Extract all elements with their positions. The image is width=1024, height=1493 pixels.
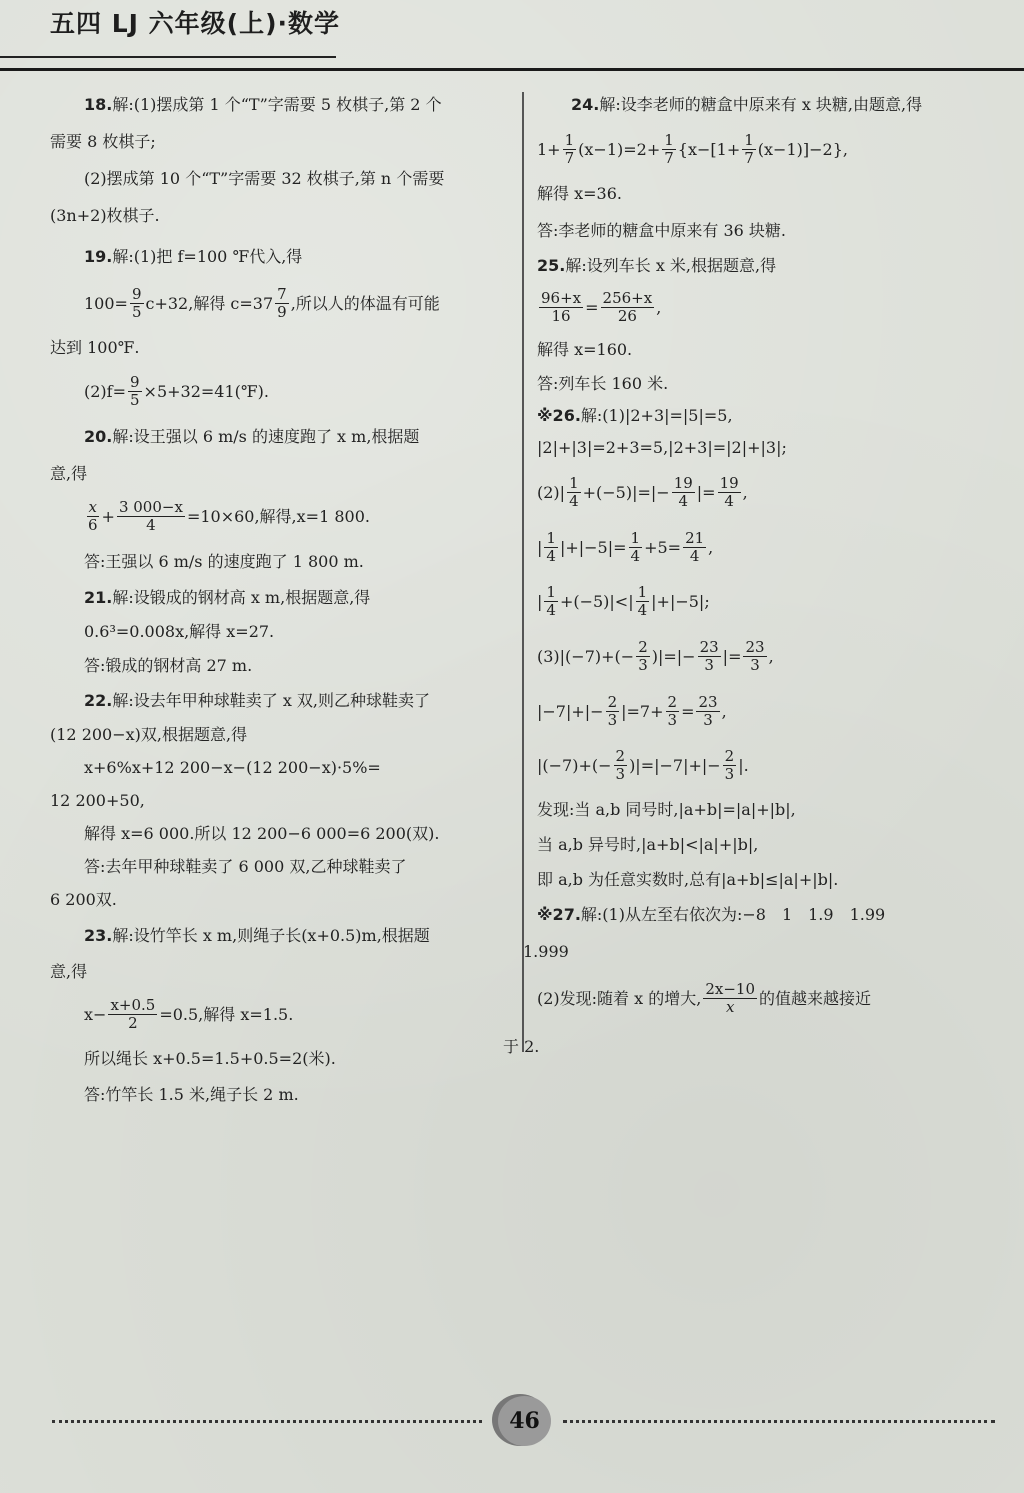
numerator: 2 <box>666 694 680 712</box>
text-line: 解得 x=36. <box>537 184 622 203</box>
numerator: 9 <box>130 286 144 304</box>
denominator: 3 <box>666 712 680 729</box>
numerator: 7 <box>275 286 289 304</box>
text-line: (12 200−x)双,根据题意,得 <box>50 725 247 744</box>
footer-dotted-rule-right <box>563 1420 995 1423</box>
page-number-badge: 46 <box>498 1396 551 1446</box>
text-line: 12 200+50, <box>50 791 145 810</box>
equation-part: |+|−5|; <box>651 592 710 611</box>
denominator: 4 <box>544 548 558 565</box>
answer-line: 答:锻成的钢材高 27 m. <box>84 656 252 675</box>
fraction: 95 <box>130 286 144 321</box>
question-number: 24. <box>571 95 599 114</box>
text-line: 解:设李老师的糖盒中原来有 x 块糖,由题意,得 <box>599 95 922 114</box>
text-line: |2|+|3|=2+3=5,|2+3|=|2|+|3|; <box>537 438 787 457</box>
question-number: 23. <box>84 926 112 945</box>
page-number: 46 <box>509 1408 540 1434</box>
fraction: 214 <box>683 530 706 565</box>
denominator: 4 <box>636 602 650 619</box>
answer-line: 答:李老师的糖盒中原来有 36 块糖. <box>537 221 786 240</box>
fraction: 23 <box>723 748 737 783</box>
fraction: 95 <box>128 374 142 409</box>
denominator: 3 <box>701 712 715 729</box>
numerator: 2x−10 <box>703 981 757 999</box>
denominator: 3 <box>723 766 737 783</box>
text-line: x+6%x+12 200−x−(12 200−x)·5%= <box>84 758 381 777</box>
denominator: 7 <box>563 150 577 167</box>
finding-line: 当 a,b 异号时,|a+b|<|a|+|b|, <box>537 835 758 854</box>
question-27: ※27.解:(1)从左至右依次为:−8 1 1.9 1.99 1.999 (2)… <box>537 897 999 1066</box>
numerator: 19 <box>718 475 741 493</box>
denominator: 7 <box>662 150 676 167</box>
equation-part: , <box>769 647 774 666</box>
equation-part: (3)|(−7)+(− <box>537 647 634 666</box>
answer-line: 答:列车长 160 米. <box>537 374 668 393</box>
finding-line: 即 a,b 为任意实数时,总有|a+b|≤|a|+|b|. <box>537 870 838 889</box>
equation-part: c+32,解得 c=37 <box>146 294 274 313</box>
fraction: 194 <box>672 475 695 510</box>
equation-part: | <box>537 592 542 611</box>
equation-part: (2)| <box>537 483 565 502</box>
equation-part: | <box>537 538 542 557</box>
equation-part: +(−5)|<| <box>560 592 634 611</box>
equation-part: (x−1)]−2}, <box>758 140 848 159</box>
denominator: 2 <box>126 1015 140 1032</box>
equation-part: = <box>681 702 694 721</box>
text-line: 解:(1)|2+3|=|5|=5, <box>581 406 733 425</box>
equation-part: |. <box>738 756 748 775</box>
numerator: 1 <box>629 530 643 548</box>
text-line: 解得 x=160. <box>537 340 632 359</box>
numerator: 2 <box>606 694 620 712</box>
denominator: 5 <box>130 304 144 321</box>
question-number: 22. <box>84 691 112 710</box>
equation-part: +(−5)|=|− <box>583 483 670 502</box>
equation-part: {x−[1+ <box>678 140 740 159</box>
text-line: (2)摆成第 10 个“T”字需要 32 枚棋子,第 n 个需要 <box>84 169 444 188</box>
question-number: 21. <box>84 588 112 607</box>
numerator: 1 <box>567 475 581 493</box>
equation-part: =0.5,解得 x=1.5. <box>159 1005 293 1024</box>
question-number: ※27. <box>537 905 581 924</box>
fraction: 14 <box>629 530 643 565</box>
equation-part: ,所以人的体温有可能 <box>291 294 440 313</box>
numerator: 1 <box>544 530 558 548</box>
denominator: 3 <box>702 657 716 674</box>
denominator: 4 <box>544 602 558 619</box>
question-number: ※26. <box>537 406 581 425</box>
equation-part: |= <box>697 483 716 502</box>
numerator: 23 <box>698 639 721 657</box>
fraction: 23 <box>614 748 628 783</box>
equation-part: |(−7)+(− <box>537 756 612 775</box>
equation-part: (x−1)=2+ <box>578 140 660 159</box>
numerator: 1 <box>742 132 756 150</box>
text-line: 解:设锻成的钢材高 x m,根据题意,得 <box>112 588 370 607</box>
equation-part: |+|−5|= <box>560 538 627 557</box>
denominator: 3 <box>748 657 762 674</box>
denominator: 4 <box>688 548 702 565</box>
numerator: 23 <box>696 694 719 712</box>
question-23: 23.解:设竹竿长 x m,则绳子长(x+0.5)m,根据题 意,得 x− x+… <box>50 916 515 1112</box>
numerator: 256+x <box>601 290 655 308</box>
numerator: 1 <box>563 132 577 150</box>
denominator: 6 <box>86 517 100 534</box>
equation-part: 的值越来越接近 <box>759 989 871 1008</box>
text-line: 意,得 <box>50 962 87 981</box>
answer-line: 6 200双. <box>50 890 117 909</box>
text-line: 解:(1)摆成第 1 个“T”字需要 5 枚棋子,第 2 个 <box>112 95 441 114</box>
equation-part: , <box>743 483 748 502</box>
fraction: 233 <box>743 639 766 674</box>
equation-part: , <box>708 538 713 557</box>
fraction: 14 <box>544 584 558 619</box>
denominator: 4 <box>144 517 158 534</box>
text-line: 于 2. <box>503 1037 539 1056</box>
denominator: 7 <box>742 150 756 167</box>
text-line: (3n+2)枚棋子. <box>50 206 160 225</box>
fraction: x6 <box>86 499 100 534</box>
fraction: 96+x16 <box>539 290 583 325</box>
equation-part: +5= <box>644 538 681 557</box>
equation-part: x− <box>84 1005 106 1024</box>
page-header-title: 五四 LJ 六年级(上)·数学 <box>50 4 340 40</box>
numerator: 2 <box>614 748 628 766</box>
equation-part: + <box>102 507 115 526</box>
fraction: 14 <box>544 530 558 565</box>
fraction: 17 <box>742 132 756 167</box>
text-line: 0.6³=0.008x,解得 x=27. <box>84 622 274 641</box>
fraction: 23 <box>636 639 650 674</box>
fraction: 23 <box>606 694 620 729</box>
numerator: 1 <box>544 584 558 602</box>
denominator: 4 <box>629 548 643 565</box>
fraction: 79 <box>275 286 289 321</box>
equation-part: )|=|−7|+|− <box>629 756 721 775</box>
text-line: 解:设去年甲种球鞋卖了 x 双,则乙种球鞋卖了 <box>112 691 430 710</box>
numerator: x+0.5 <box>108 997 157 1015</box>
equation-part: , <box>656 298 661 317</box>
denominator: 5 <box>128 392 142 409</box>
column-divider <box>522 92 524 1052</box>
text-line: 解:(1)把 f=100 ℉代入,得 <box>112 247 302 266</box>
numerator: 23 <box>743 639 766 657</box>
fraction: 194 <box>718 475 741 510</box>
denominator: 4 <box>676 493 690 510</box>
fraction: 233 <box>698 639 721 674</box>
equation-part: 100= <box>84 294 128 313</box>
question-19: 19.解:(1)把 f=100 ℉代入,得 100= 95 c+32,解得 c=… <box>50 234 515 416</box>
denominator: 3 <box>614 766 628 783</box>
text-line: 需要 8 枚棋子; <box>50 132 156 151</box>
question-24: 24.解:设李老师的糖盒中原来有 x 块糖,由题意,得 1+ 17 (x−1)=… <box>537 86 999 249</box>
denominator: 26 <box>616 308 639 325</box>
numerator: 3 000−x <box>117 499 185 517</box>
equation-part: (2)发现:随着 x 的增大, <box>537 989 701 1008</box>
question-25: 25.解:设列车长 x 米,根据题意,得 96+x16 = 256+x26 , … <box>537 249 999 400</box>
answer-line: 答:去年甲种球鞋卖了 6 000 双,乙种球鞋卖了 <box>84 857 406 876</box>
answer-line: 答:竹竿长 1.5 米,绳子长 2 m. <box>84 1085 299 1104</box>
left-column: 18.解:(1)摆成第 1 个“T”字需要 5 枚棋子,第 2 个 需要 8 枚… <box>50 86 515 1112</box>
denominator: 9 <box>275 304 289 321</box>
numerator: x <box>87 499 99 517</box>
text-line: 解得 x=6 000.所以 12 200−6 000=6 200(双). <box>84 824 439 843</box>
equation-part: )|=|− <box>652 647 696 666</box>
fraction: 233 <box>696 694 719 729</box>
denominator: 4 <box>567 493 581 510</box>
equation-part: = <box>585 298 598 317</box>
text-line: 意,得 <box>50 464 87 483</box>
denominator: 4 <box>722 493 736 510</box>
numerator: 1 <box>636 584 650 602</box>
denominator: 3 <box>636 657 650 674</box>
equation-part: ×5+32=41(℉). <box>144 382 269 401</box>
question-number: 19. <box>84 247 112 266</box>
numerator: 2 <box>636 639 650 657</box>
numerator: 9 <box>128 374 142 392</box>
fraction: x+0.52 <box>108 997 157 1032</box>
text-line: 1.999 <box>523 942 569 961</box>
equation-part: =10×60,解得,x=1 800. <box>187 507 370 526</box>
right-column: 24.解:设李老师的糖盒中原来有 x 块糖,由题意,得 1+ 17 (x−1)=… <box>537 86 999 1066</box>
numerator: 19 <box>672 475 695 493</box>
equation-part: (2)f= <box>84 382 126 401</box>
header-underline <box>0 56 336 58</box>
equation-part: , <box>722 702 727 721</box>
question-26: ※26.解:(1)|2+3|=|5|=5, |2|+|3|=2+3=5,|2+3… <box>537 400 999 897</box>
numerator: 96+x <box>539 290 583 308</box>
question-22: 22.解:设去年甲种球鞋卖了 x 双,则乙种球鞋卖了 (12 200−x)双,根… <box>50 682 515 916</box>
fraction: 3 000−x4 <box>117 499 185 534</box>
header-rule <box>0 68 1024 71</box>
question-number: 25. <box>537 256 565 275</box>
finding-line: 发现:当 a,b 同号时,|a+b|=|a|+|b|, <box>537 800 796 819</box>
denominator: 16 <box>550 308 573 325</box>
text-line: 解:设王强以 6 m/s 的速度跑了 x m,根据题 <box>112 427 419 446</box>
footer-dotted-rule-left <box>52 1420 482 1423</box>
denominator: x <box>724 999 736 1016</box>
question-number: 20. <box>84 427 112 446</box>
equation-part: |= <box>723 647 742 666</box>
text-line: 解:设竹竿长 x m,则绳子长(x+0.5)m,根据题 <box>112 926 429 945</box>
fraction: 14 <box>567 475 581 510</box>
fraction: 23 <box>666 694 680 729</box>
fraction: 17 <box>563 132 577 167</box>
text-line: 解:(1)从左至右依次为:−8 1 1.9 1.99 <box>581 905 885 924</box>
fraction: 17 <box>662 132 676 167</box>
text-line: 所以绳长 x+0.5=1.5+0.5=2(米). <box>84 1049 336 1068</box>
equation-part: |−7|+|− <box>537 702 604 721</box>
text-line: 解:设列车长 x 米,根据题意,得 <box>565 256 776 275</box>
equation-part: 1+ <box>537 140 561 159</box>
numerator: 2 <box>723 748 737 766</box>
question-number: 18. <box>84 95 112 114</box>
text-line: 达到 100℉. <box>50 338 139 357</box>
question-18: 18.解:(1)摆成第 1 个“T”字需要 5 枚棋子,第 2 个 需要 8 枚… <box>50 86 515 234</box>
question-20: 20.解:设王强以 6 m/s 的速度跑了 x m,根据题 意,得 x6 + 3… <box>50 416 515 580</box>
fraction: 2x−10x <box>703 981 757 1016</box>
answer-line: 答:王强以 6 m/s 的速度跑了 1 800 m. <box>84 552 364 571</box>
denominator: 3 <box>606 712 620 729</box>
numerator: 21 <box>683 530 706 548</box>
fraction: 14 <box>636 584 650 619</box>
numerator: 1 <box>662 132 676 150</box>
equation-part: |=7+ <box>621 702 663 721</box>
fraction: 256+x26 <box>601 290 655 325</box>
question-21: 21.解:设锻成的钢材高 x m,根据题意,得 0.6³=0.008x,解得 x… <box>50 580 515 682</box>
